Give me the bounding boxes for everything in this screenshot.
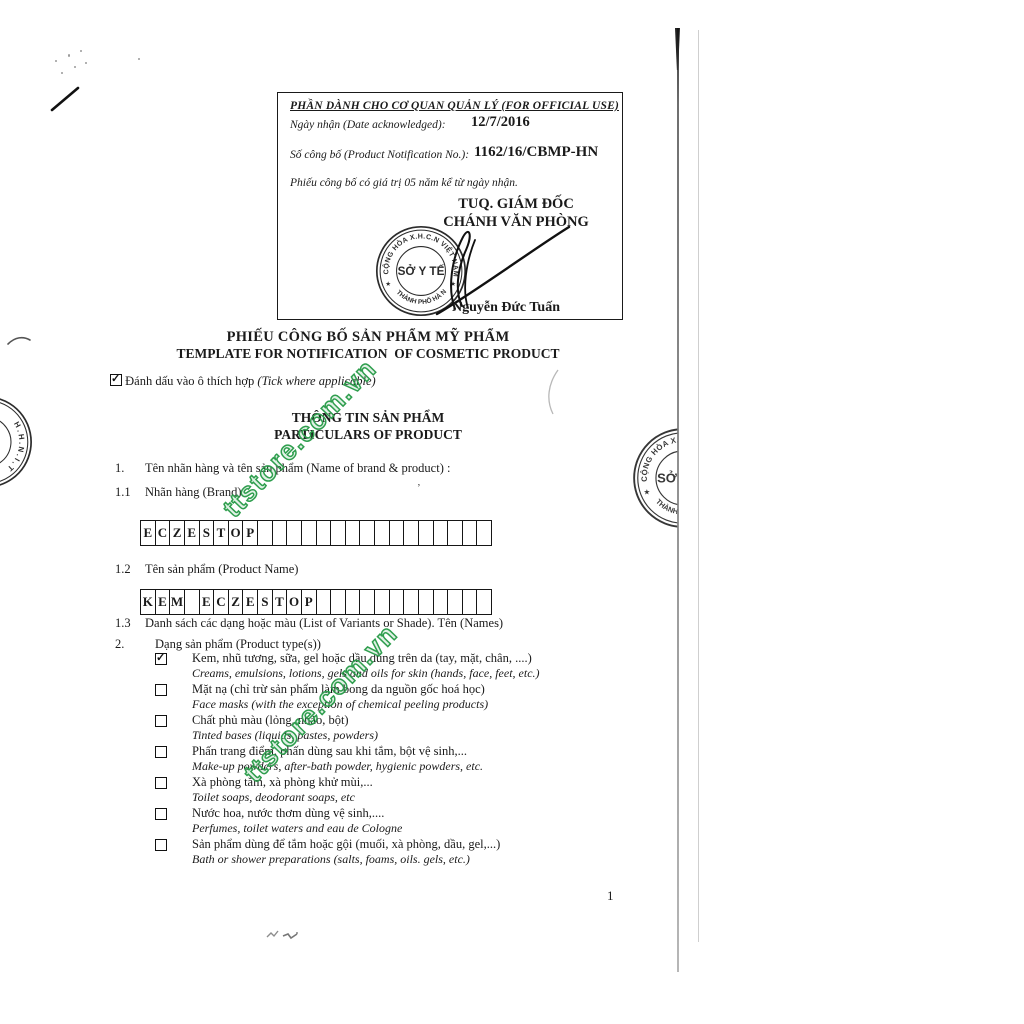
section-text: Danh sách các dạng hoặc màu (List of Var… [145, 616, 503, 630]
svg-text:H . H . N . I . T: H . H . N . I . T [4, 419, 31, 475]
product-type-label-en: Toilet soaps, deodorant soaps, etc [192, 790, 355, 805]
grid-cell: P [243, 521, 258, 545]
grid-cell [302, 521, 317, 545]
grid-cell [463, 521, 478, 545]
product-type-label-vi: Nước hoa, nước thơm dùng vệ sinh,.... [192, 806, 384, 821]
grid-cell: S [200, 521, 215, 545]
grid-cell [273, 521, 288, 545]
official-box-header: PHẦN DÀNH CHO CƠ QUAN QUẢN LÝ (FOR OFFIC… [290, 100, 619, 112]
section-1-3-line: 1.3Danh sách các dạng hoặc màu (List of … [115, 616, 503, 631]
product-type-label-en: Perfumes, toilet waters and eau de Colog… [192, 821, 402, 836]
notification-no-label: Số công bố (Product Notification No.): [290, 149, 469, 161]
grid-cell: M [170, 590, 185, 614]
left-stamp-ring-text: H . H . N . I . T [4, 419, 31, 475]
grid-cell: T [273, 590, 288, 614]
crease-curve [540, 368, 565, 416]
section-heading-vi: THÔNG TIN SẢN PHẨM [80, 410, 656, 426]
grid-cell [419, 521, 434, 545]
grid-cell: E [243, 590, 258, 614]
stamp-star-left-icon: ★ [385, 280, 391, 288]
stray-mark: ’ [417, 482, 421, 494]
slash-mark [45, 80, 90, 125]
grid-cell [360, 521, 375, 545]
right-edge-partial-stamp-clip: CỘNG HÒA X.H.C.N VIỆT NAM THÀNH PHỐ HÀ N… [602, 412, 678, 572]
grid-cell: Z [170, 521, 185, 545]
section-number: 1.1 [115, 485, 145, 500]
grid-cell [390, 521, 405, 545]
product-type-item: Chất phủ màu (lỏng, nhão, bột)Tinted bas… [155, 713, 645, 743]
pencil-scribble [263, 925, 308, 945]
grid-cell: C [156, 521, 171, 545]
grid-cell [185, 590, 200, 614]
grid-cell [448, 521, 463, 545]
stamp-star-right-icon: ★ [450, 280, 456, 288]
product-type-item: Xà phòng tắm, xà phòng khử mùi,...Toilet… [155, 775, 645, 805]
section-2-line: 2.Dạng sản phẩm (Product type(s)) [115, 637, 321, 652]
grid-cell: K [141, 590, 156, 614]
grid-cell [375, 521, 390, 545]
page-number: 1 [607, 888, 614, 904]
checkbox-checked [155, 653, 167, 665]
stamp-center-text: SỞ Y TẾ [657, 471, 678, 486]
grid-cell [448, 590, 463, 614]
grid-cell: P [302, 590, 317, 614]
grid-cell [317, 590, 332, 614]
grid-cell: Z [229, 590, 244, 614]
product-type-label-vi: Xà phòng tắm, xà phòng khử mùi,... [192, 775, 373, 790]
grid-cell: E [200, 590, 215, 614]
checkbox-unchecked [155, 777, 167, 789]
section-number: 1.2 [115, 562, 145, 577]
product-type-item: Nước hoa, nước thơm dùng vệ sinh,....Per… [155, 806, 645, 836]
grid-cell: S [258, 590, 273, 614]
grid-cell [331, 521, 346, 545]
grid-cell [463, 590, 478, 614]
grid-cell [390, 590, 405, 614]
grid-cell [287, 521, 302, 545]
grid-cell [477, 521, 491, 545]
tick-note-checkbox [110, 374, 122, 386]
grid-cell [434, 521, 449, 545]
page-edge-line-dark [677, 28, 679, 972]
checkbox-unchecked [155, 839, 167, 851]
doc-title-vi: PHIẾU CÔNG BỐ SẢN PHẨM MỸ PHẨM [80, 329, 656, 346]
date-acknowledged-value: 12/7/2016 [471, 114, 530, 131]
grid-cell: O [287, 590, 302, 614]
product-type-label-vi: Sản phẩm dùng để tắm hoặc gội (muối, xà … [192, 837, 500, 852]
product-type-item: Kem, nhũ tương, sữa, gel hoặc dầu dùng t… [155, 651, 645, 681]
section-number: 2. [115, 637, 155, 652]
grid-cell [434, 590, 449, 614]
tick-note-text-vi: Đánh dấu vào ô thích hợp [125, 374, 254, 388]
section-number: 1. [115, 461, 145, 476]
product-letter-grid: KEMECZESTOP [140, 589, 492, 615]
grid-cell [419, 590, 434, 614]
section-number: 1.3 [115, 616, 145, 631]
notification-no-value: 1162/16/CBMP-HN [474, 144, 598, 161]
grid-cell [346, 521, 361, 545]
crease-dash [5, 332, 35, 350]
grid-cell [331, 590, 346, 614]
grid-cell [317, 521, 332, 545]
left-edge-partial-stamp: H . H . N . I . T ★ [0, 386, 42, 497]
grid-cell: E [156, 590, 171, 614]
product-type-item: Sản phẩm dùng để tắm hoặc gội (muối, xà … [155, 837, 645, 867]
validity-note: Phiếu công bố có giá trị 05 năm kể từ ng… [290, 177, 518, 189]
grid-cell [477, 590, 491, 614]
brand-letter-grid: ECZESTOP [140, 520, 492, 546]
grid-cell [258, 521, 273, 545]
stamp-star-left-icon: ★ [643, 489, 650, 497]
product-type-item: Phấn trang điểm, phấn dùng sau khi tắm, … [155, 744, 645, 774]
scanned-document-page: H . H . N . I . T ★ PHẦN DÀNH CHO CƠ QUA… [0, 0, 1024, 1024]
right-edge-partial-stamp: CỘNG HÒA X.H.C.N VIỆT NAM THÀNH PHỐ HÀ N… [631, 426, 678, 530]
checkbox-unchecked [155, 746, 167, 758]
grid-cell [360, 590, 375, 614]
product-type-item: Mặt nạ (chỉ trừ sản phẩm làm bong da ngu… [155, 682, 645, 712]
page-edge-line-light [698, 30, 699, 942]
grid-cell: C [214, 590, 229, 614]
checkbox-unchecked [155, 808, 167, 820]
signer-title-line1: TUQ. GIÁM ĐỐC [418, 195, 614, 213]
section-text: Dạng sản phẩm (Product type(s)) [155, 637, 321, 651]
checkbox-unchecked [155, 715, 167, 727]
grid-cell [404, 521, 419, 545]
product-type-label-vi: Phấn trang điểm, phấn dùng sau khi tắm, … [192, 744, 467, 759]
date-acknowledged-label: Ngày nhận (Date acknowledged): [290, 119, 446, 131]
checkbox-unchecked [155, 684, 167, 696]
grid-cell [346, 590, 361, 614]
stamp-center-text: SỞ Y TẾ [398, 265, 445, 278]
signer-name: Nguyễn Đức Tuấn [452, 300, 560, 316]
product-type-label-en: Bath or shower preparations (salts, foam… [192, 852, 470, 867]
section-text: Tên sản phẩm (Product Name) [145, 562, 298, 576]
grid-cell: E [141, 521, 156, 545]
section-1-2-line: 1.2Tên sản phẩm (Product Name) [115, 562, 298, 577]
grid-cell: E [185, 521, 200, 545]
grid-cell [404, 590, 419, 614]
section-heading-en: PARTICULARS OF PRODUCT [80, 427, 656, 443]
